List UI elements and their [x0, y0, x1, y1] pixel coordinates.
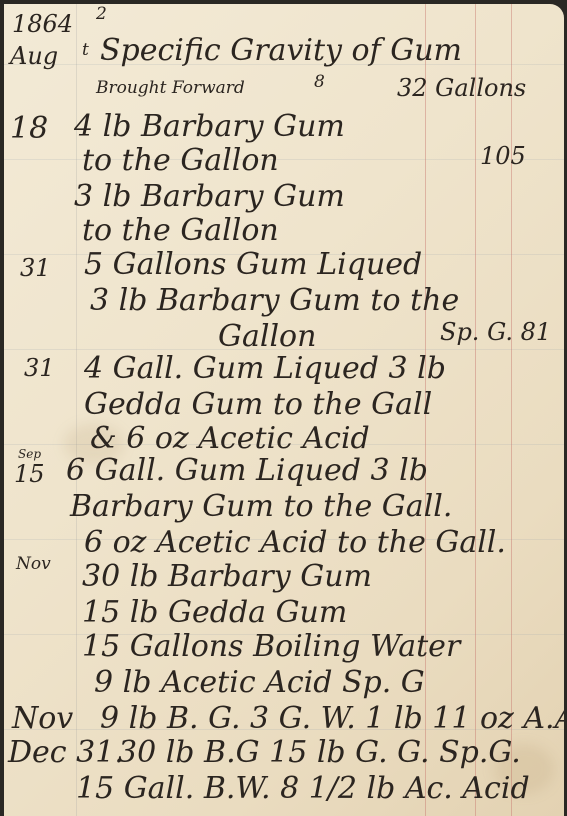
- entry-date: Nov: [16, 556, 51, 573]
- entry-line: 30 lb Barbary Gum: [82, 562, 372, 592]
- entry-right-value: Sp. G. 81: [440, 320, 551, 344]
- month: Aug: [10, 44, 58, 68]
- year-superscript: 2: [96, 6, 107, 23]
- entry-line: 9 lb Acetic Acid Sp. G: [94, 668, 425, 698]
- year: 1864: [12, 12, 73, 36]
- entry-line: Gedda Gum to the Gall: [84, 390, 432, 420]
- brought-forward-label: Brought Forward: [96, 80, 245, 97]
- entry-line: 4 lb Barbary Gum: [74, 112, 345, 142]
- entry-line: 9 lb B. G. 3 G. W. 1 lb 11 oz A.A.: [100, 704, 564, 734]
- brought-forward-amount: 32 Gallons: [397, 76, 526, 100]
- entry-line: 4 Gall. Gum Liqued 3 lb: [84, 354, 446, 384]
- ledger-page: 1864 2 Aug t Specific Gravity of Gum Bro…: [4, 4, 564, 816]
- entry-line: 3 lb Barbary Gum to the: [90, 286, 459, 316]
- entry-date-month: Sep: [18, 448, 41, 460]
- entry-line: to the Gallon: [82, 216, 279, 246]
- entry-date: Nov: [12, 704, 73, 734]
- entry-line: Barbary Gum to the Gall.: [70, 492, 452, 522]
- entry-date: Dec 31.: [8, 738, 124, 768]
- entry-line: 3 lb Barbary Gum: [74, 182, 345, 212]
- page-title: Specific Gravity of Gum: [100, 36, 462, 66]
- entry-line: 15 Gallons Boiling Water: [82, 632, 460, 662]
- entry-line: 30 lb B.G 15 lb G. G. Sp.G.: [118, 738, 521, 768]
- brought-forward-mark: 8: [314, 74, 325, 91]
- entry-line: 15 lb Gedda Gum: [82, 598, 347, 628]
- entry-right-value: 105: [480, 144, 526, 168]
- entry-line: Gallon: [218, 322, 316, 352]
- entry-date: 15: [14, 462, 45, 486]
- entry-line: 6 oz Acetic Acid to the Gall.: [84, 528, 506, 558]
- entry-line: to the Gallon: [82, 146, 279, 176]
- entry-date: 31: [20, 256, 51, 280]
- entry-line: & 6 oz Acetic Acid: [90, 424, 370, 454]
- entry-line: 15 Gall. B.W. 8 1/2 lb Ac. Acid: [76, 774, 530, 804]
- entry-date: 18: [10, 114, 48, 144]
- entry-date: 31: [24, 356, 55, 380]
- entry-line: 5 Gallons Gum Liqued: [84, 250, 422, 280]
- entry-line: 6 Gall. Gum Liqued 3 lb: [66, 456, 428, 486]
- month-suffix: t: [82, 42, 89, 59]
